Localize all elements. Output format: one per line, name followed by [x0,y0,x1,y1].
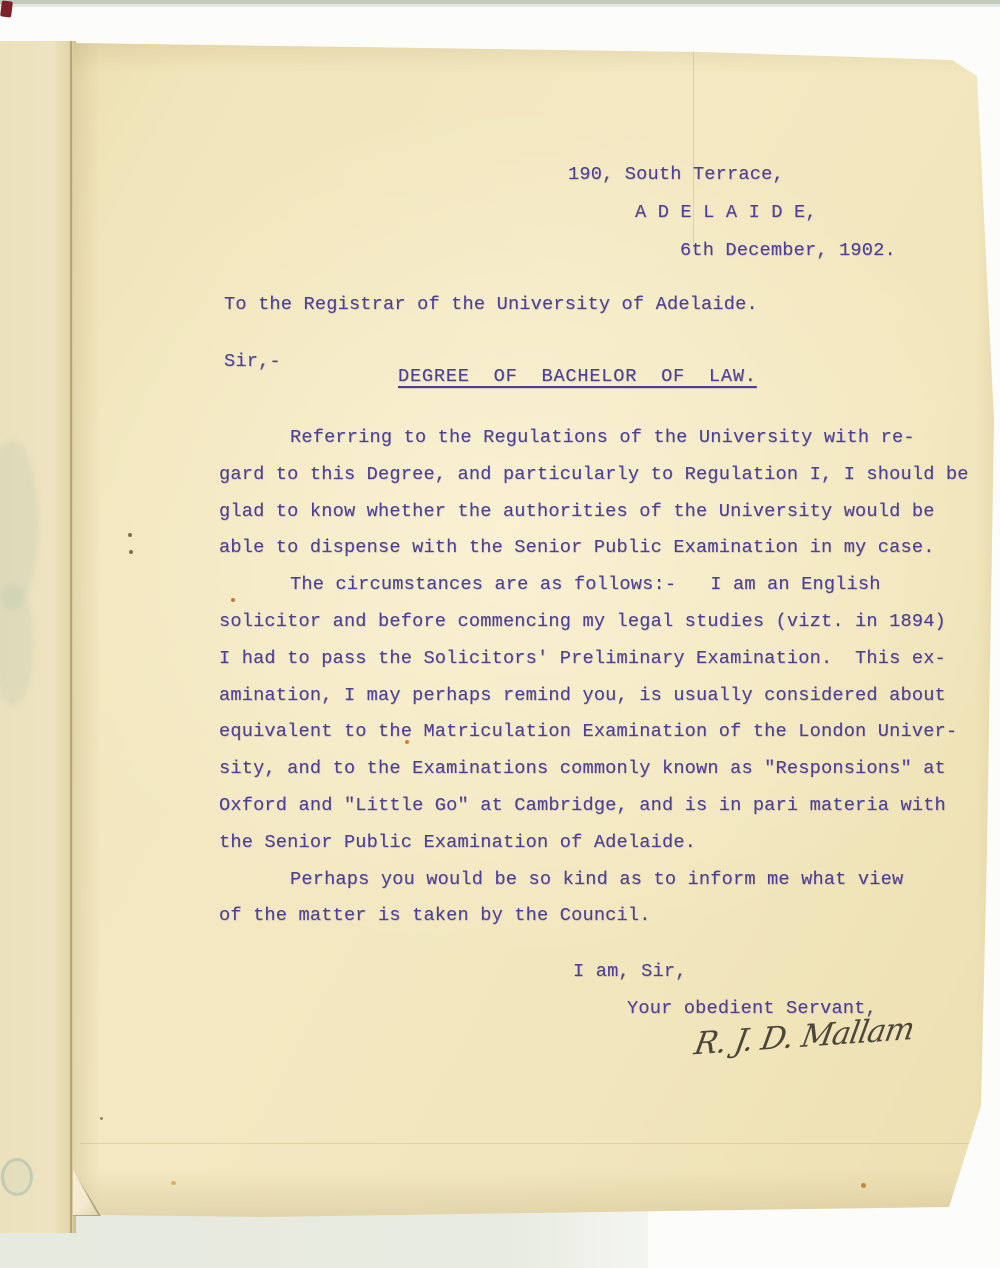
paper-speck [100,1117,103,1120]
body-line: solicitor and before commencing my legal… [219,611,946,633]
body-line: equivalent to the Matriculation Examinat… [219,721,957,743]
body-line: glad to know whether the authorities of … [219,501,935,523]
margin-ink-dot [129,550,133,554]
subject-heading: DEGREE OF BACHELOR OF LAW. [398,366,757,388]
recipient-line: To the Registrar of the University of Ad… [224,294,758,316]
paper-speck [171,1181,176,1185]
body-line: amination, I may perhaps remind you, is … [219,685,946,707]
red-spine-mark [0,0,13,17]
letter-page: 190, South Terrace, A D E L A I D E, 6th… [0,0,1000,1268]
paper-speck [861,1183,866,1188]
address-line-city: A D E L A I D E, [635,202,817,224]
body-line: able to dispense with the Senior Public … [219,537,935,559]
closing-line-1: I am, Sir, [573,961,687,983]
body-line: I had to pass the Solicitors' Preliminar… [219,648,946,670]
paper-speck [405,740,409,744]
address-line-street: 190, South Terrace, [568,164,784,186]
horizontal-crease [80,1143,970,1144]
margin-ink-dot [128,533,132,537]
salutation: Sir,- [224,351,281,373]
body-line: gard to this Degree, and particularly to… [219,464,969,486]
body-line: The circumstances are as follows:- I am … [290,574,881,596]
body-line: Oxford and "Little Go" at Cambridge, and… [219,795,946,817]
body-line: of the matter is taken by the Council. [219,905,651,927]
body-line: Perhaps you would be so kind as to infor… [290,869,903,891]
date-line: 6th December, 1902. [680,240,896,262]
paper-speck [231,598,235,602]
body-line: Referring to the Regulations of the Univ… [290,427,915,449]
scanner-edge-soft [0,4,1000,7]
scanned-letter-canvas: 190, South Terrace, A D E L A I D E, 6th… [0,0,1000,1268]
body-line: sity, and to the Examinations commonly k… [219,758,946,780]
ring-stain [1,1158,33,1196]
body-line: the Senior Public Examination of Adelaid… [219,832,696,854]
page-seam-line [70,41,72,1233]
